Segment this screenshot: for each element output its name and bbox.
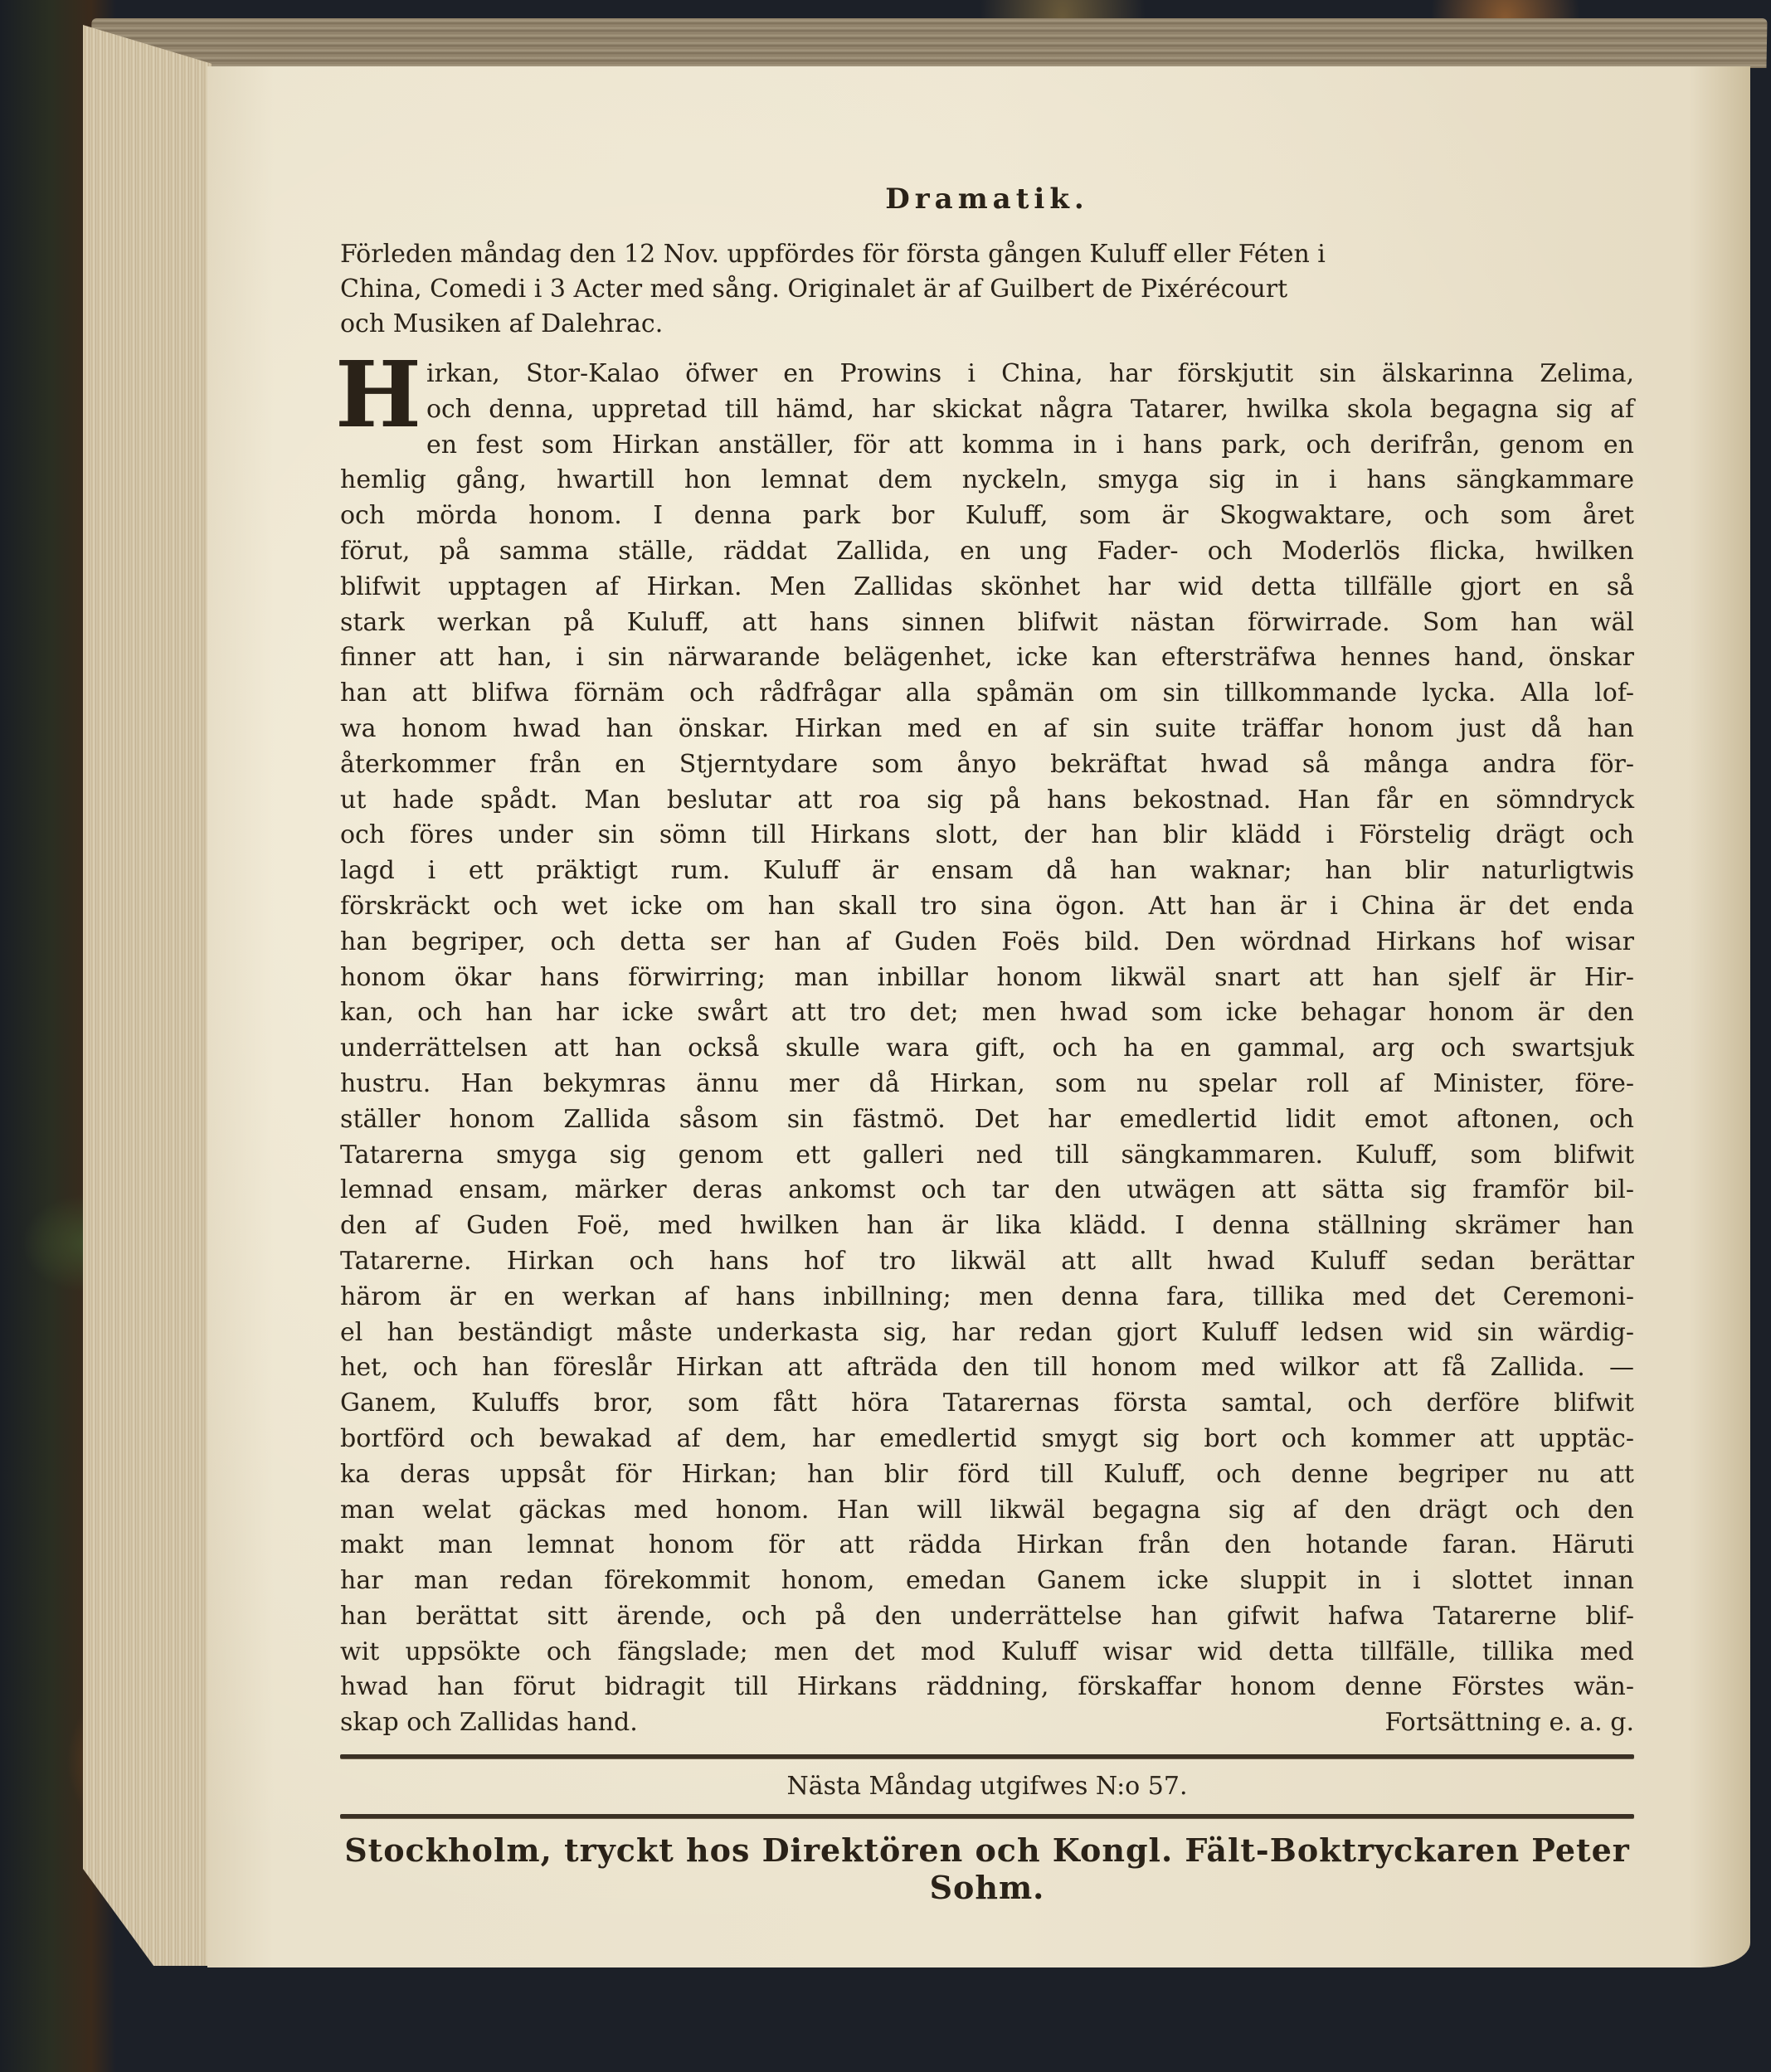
review-body: H irkan, Stor-Kalao öfwer en Prowins i C… [340, 357, 1634, 1741]
body-line: skap och Zallidas hand. Fortsättning e. … [340, 1705, 1634, 1741]
body-line: Tatarerne. Hirkan och hans hof tro likwä… [340, 1244, 1634, 1280]
body-line: han begriper, och detta ser han af Guden… [340, 925, 1634, 961]
printer-imprint: Stockholm, tryckt hos Direktören och Kon… [340, 1831, 1634, 1906]
body-line: ställer honom Zallida såsom sin fästmö. … [340, 1102, 1634, 1138]
body-line: blifwit upptagen af Hirkan. Men Zallidas… [340, 570, 1634, 606]
body-line: irkan, Stor-Kalao öfwer en Prowins i Chi… [340, 357, 1634, 392]
body-line: hemlig gång, hwartill hon lemnat dem nyc… [340, 463, 1634, 499]
body-line: och föres under sin sömn till Hirkans sl… [340, 818, 1634, 854]
body-line: förut, på samma ställe, räddat Zallida, … [340, 534, 1634, 570]
drop-cap: H [335, 360, 421, 430]
body-line: bortförd och bewakad af dem, har emedler… [340, 1422, 1634, 1457]
body-line: stark werkan på Kuluff, att hans sinnen … [340, 606, 1634, 641]
body-line: man welat gäckas med honom. Han will lik… [340, 1493, 1634, 1529]
divider-rule [340, 1814, 1634, 1818]
performance-intro: Förleden måndag den 12 Nov. uppfördes fö… [340, 237, 1634, 342]
body-line: återkommer från en Stjerntydare som ånyo… [340, 747, 1634, 783]
body-line: härom är en werkan af hans inbillning; m… [340, 1280, 1634, 1316]
body-line: hustru. Han bekymras ännu mer då Hirkan,… [340, 1067, 1634, 1102]
body-line: han berättat sitt ärende, och på den und… [340, 1599, 1634, 1635]
body-line: den af Guden Foë, med hwilken han är lik… [340, 1209, 1634, 1244]
body-line: el han beständigt måste underkasta sig, … [340, 1316, 1634, 1351]
intro-line: och Musiken af Dalehrac. [415, 307, 1634, 342]
body-line: har man redan förekommit honom, emedan G… [340, 1564, 1634, 1599]
body-line-text: skap och Zallidas hand. [340, 1708, 638, 1737]
body-line: ut hade spådt. Man beslutar att roa sig … [340, 783, 1634, 819]
continuation-note: Fortsättning e. a. g. [1384, 1705, 1634, 1741]
page-content: Dramatik. Förleden måndag den 12 Nov. up… [340, 182, 1634, 1906]
body-line: ka deras uppsåt för Hirkan; han blir för… [340, 1457, 1634, 1493]
body-line: hwad han förut bidragit till Hirkans räd… [340, 1670, 1634, 1705]
body-line: en fest som Hirkan anställer, för att ko… [340, 428, 1634, 464]
body-line: kan, och han har icke swårt att tro det;… [340, 995, 1634, 1031]
body-line: wa honom hwad han önskar. Hirkan med en … [340, 712, 1634, 747]
intro-line: China, Comedi i 3 Acter med sång. Origin… [415, 272, 1634, 307]
body-line: wit uppsökte och fängslade; men det mod … [340, 1635, 1634, 1671]
section-heading: Dramatik. [340, 182, 1634, 216]
body-line: han att blifwa förnäm och rådfrågar alla… [340, 676, 1634, 712]
body-line: förskräckt och wet icke om han skall tro… [340, 889, 1634, 925]
body-line: underrättelsen att han också skulle wara… [340, 1031, 1634, 1067]
page-stack-left-edge [83, 25, 212, 1966]
body-line: makt man lemnat honom för att rädda Hirk… [340, 1528, 1634, 1564]
next-issue-note: Nästa Måndag utgifwes N:o 57. [340, 1772, 1634, 1801]
divider-rule [340, 1754, 1634, 1758]
body-line: och denna, uppretad till hämd, har skick… [340, 392, 1634, 428]
body-line: honom ökar hans förwirring; man inbillar… [340, 961, 1634, 996]
intro-line: Förleden måndag den 12 Nov. uppfördes fö… [415, 237, 1634, 272]
page-stack-top-edge [90, 18, 1767, 68]
body-line: Ganem, Kuluffs bror, som fått höra Tatar… [340, 1386, 1634, 1422]
body-line: lagd i ett präktigt rum. Kuluff är ensam… [340, 854, 1634, 889]
body-line: och mörda honom. I denna park bor Kuluff… [340, 499, 1634, 534]
body-line: Tatarerna smyga sig genom ett galleri ne… [340, 1138, 1634, 1174]
body-line: finner att han, i sin närwarande belägen… [340, 640, 1634, 676]
body-line: lemnad ensam, märker deras ankomst och t… [340, 1173, 1634, 1209]
body-line: het, och han föreslår Hirkan att afträda… [340, 1350, 1634, 1386]
